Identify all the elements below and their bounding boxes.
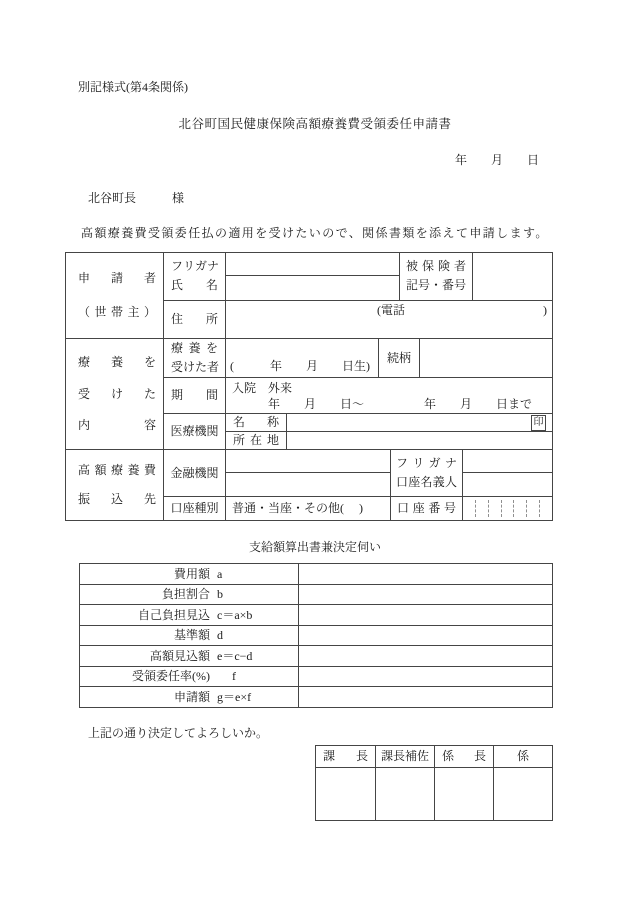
payee-label-line1: 高額療養費 [78,463,156,478]
approval-stamp-cell [316,768,376,821]
calc-item-name: 費用額 [87,567,210,582]
calc-item-name: 受領委任率(%) [87,669,210,684]
care-label-line3: 内容 [78,418,156,433]
relation-label: 続柄 [379,339,420,378]
institution-address-label: 所在地 [226,432,287,450]
calc-item-formula: a [210,567,291,582]
calc-item-formula: g＝e×f [210,690,291,705]
insured-number-label: 被保険者 記号・番号 [400,253,473,301]
calc-value-cell [299,626,553,646]
inkan-seal-mark: 印 [531,415,546,431]
decision-note: 上記の通り決定してよろしいか。 [88,726,268,741]
calc-item-name: 自己負担見込 [87,608,210,623]
payee-label-line2: 振込先 [78,492,156,507]
phone-label-close: ) [543,303,547,318]
insured-label-line2: 記号・番号 [406,276,466,295]
account-holder-name-label: 口座名義人 [396,473,457,492]
furigana-value-cell [226,253,400,276]
account-furigana-value-cell [463,450,553,473]
care-label-line1: 療養を [78,355,156,370]
care-label-line2: 受けた [78,387,156,402]
calc-sheet-title: 支給額算出書兼決定伺い [0,540,630,555]
account-type-label: 口座種別 [164,497,226,521]
institution-label: 医療機関 [164,414,226,450]
patient-birthdate-cell: ( 年 月 日生) [226,339,379,378]
account-holder-label: フリガナ 口座名義人 [391,450,463,497]
patient-label-line2: 受けた者 [171,358,218,377]
account-holder-value-cell [463,473,553,497]
calc-item-formula: e＝c−d [210,649,291,664]
approver-header-kakaricho: 係長 [435,746,494,768]
bank-label: 金融機関 [164,450,226,497]
calc-item-formula: f [210,669,291,684]
date-line: 年月日 [455,153,539,168]
application-form-document: { "page": { "form_note": "別記様式(第4条関係)", … [0,0,630,903]
calc-item-formula: d [210,628,291,643]
calc-row: 高額見込額e＝c−d [80,646,553,667]
insured-label-line1: 被保険者 [406,257,466,276]
applicant-label-line2: （世帯主） [78,305,156,320]
calc-value-cell [299,585,553,605]
intro-sentence: 高額療養費受領委任払の適用を受けたいので、関係書類を添えて申請します。 [81,226,549,241]
address-label: 住所 [164,300,226,338]
calc-row: 負担割合b [80,585,553,605]
payee-section-label: 高額療養費 振込先 [66,450,164,521]
applicant-section-label: 申請者 （世帯主） [66,253,164,339]
name-label: 氏名 [171,276,218,295]
institution-name-label: 名称 [226,414,287,432]
calc-row: 基準額d [80,626,553,646]
period-label: 期間 [164,378,226,414]
phone-label-open: (電話 [377,303,405,318]
bank-name-value-cell [226,450,391,473]
calc-value-cell [299,564,553,585]
calc-item-name: 基準額 [87,628,210,643]
calc-value-cell [299,605,553,626]
approval-stamp-cell [376,768,435,821]
calc-row: 自己負担見込c＝a×b [80,605,553,626]
insured-number-value-cell [473,253,553,301]
approver-header-kakari: 係 [494,746,553,768]
calc-value-cell [299,667,553,687]
care-section-label: 療養を 受けた 内容 [66,339,164,450]
calc-row: 費用額a [80,564,553,585]
document-title: 北谷町国民健康保険高額療養費受領委任申請書 [0,117,630,133]
calc-item-name: 負担割合 [87,587,210,602]
application-table: 申請者 （世帯主） フリガナ 氏名 被保険者 記号・番号 住所 (電話 ) [65,252,553,521]
account-number-label: 口座番号 [391,497,463,521]
relation-value-cell [420,339,553,378]
institution-name-value-cell: 印 [287,414,553,432]
approval-table: 課長 課長補佐 係長 係 [315,745,553,821]
approval-stamp-cell [435,768,494,821]
period-line1: 入院 外来 [226,380,552,396]
approver-header-kacho-hosa: 課長補佐 [376,746,435,768]
furigana-name-label: フリガナ 氏名 [164,253,226,301]
account-furigana-label: フリガナ [396,454,457,473]
address-value-cell: (電話 ) [226,300,553,338]
calc-row: 受領委任率(%) f [80,667,553,687]
period-value-cell: 入院 外来 年 月 日～ 年 月 日まで [226,378,553,414]
calc-item-formula: c＝a×b [210,608,291,623]
approver-header-kacho: 課長 [316,746,376,768]
calc-item-name: 申請額 [87,690,210,705]
calc-item-formula: b [210,587,291,602]
calc-item-name: 高額見込額 [87,649,210,664]
patient-label-line1: 療養を [171,339,218,358]
calc-value-cell [299,687,553,708]
account-number-digit-boxes [463,497,553,521]
form-style-note: 別記様式(第4条関係) [78,80,188,95]
calc-value-cell [299,646,553,667]
account-type-options: 普通・当座・その他( ) [226,497,391,521]
applicant-label-line1: 申請者 [78,271,156,286]
institution-address-value-cell [287,432,553,450]
addressee-line: 北谷町長 様 [88,191,184,206]
bank-branch-value-cell [226,473,391,497]
approval-stamp-cell [494,768,553,821]
patient-label: 療養を 受けた者 [164,339,226,378]
name-value-cell [226,276,400,300]
period-line2: 年 月 日～ 年 月 日まで [226,396,552,412]
calc-table: 費用額a 負担割合b 自己負担見込c＝a×b 基準額d 高額見込額e＝c−d 受… [79,563,553,708]
furigana-label: フリガナ [171,257,218,276]
calc-row: 申請額g＝e×f [80,687,553,708]
